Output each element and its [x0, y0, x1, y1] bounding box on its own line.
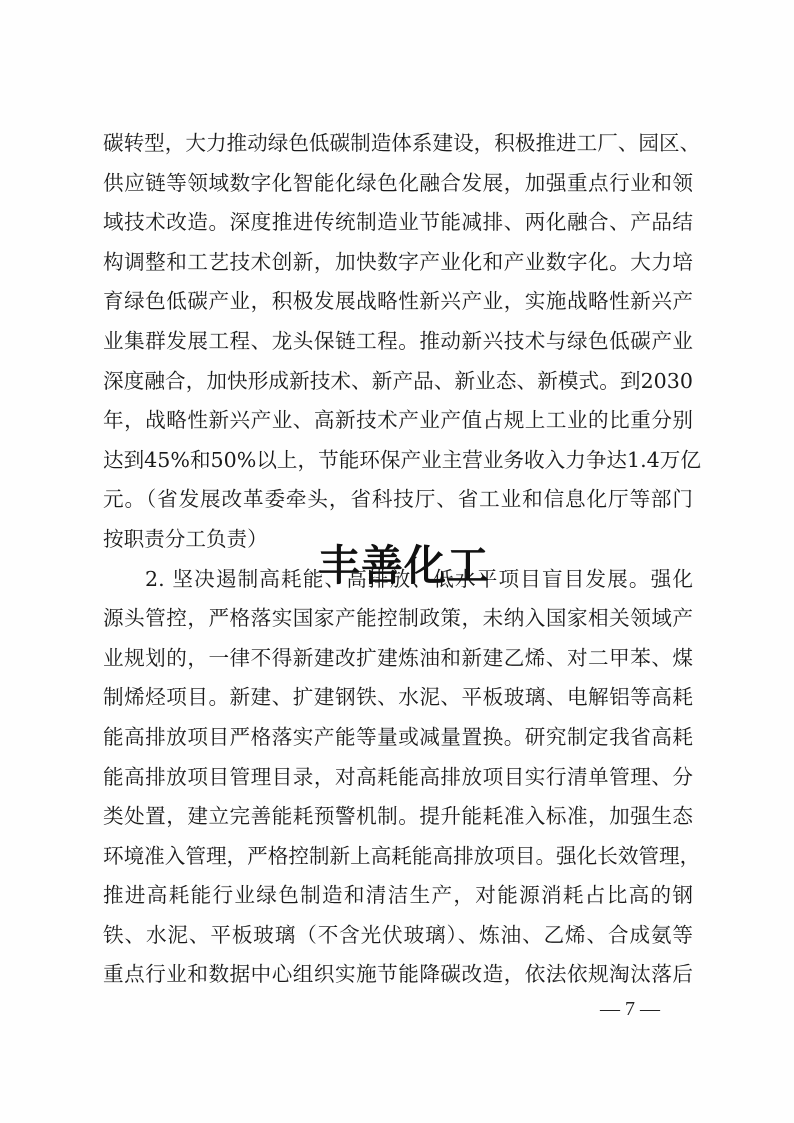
text-line: 环境准入管理，严格控制新上高耗能高排放项目。强化长效管理， — [103, 837, 693, 877]
text-line: 源头管控，严格落实国家产能控制政策，未纳入国家相关领域产 — [103, 599, 693, 639]
text-line: 年，战略性新兴产业、高新技术产业产值占规上工业的比重分别 — [103, 401, 693, 441]
watermark: 丰善化工 — [318, 533, 490, 593]
text-line: 业规划的，一律不得新建改扩建炼油和新建乙烯、对二甲苯、煤 — [103, 639, 693, 679]
text-line: 能高排放项目管理目录，对高耗能高排放项目实行清单管理、分 — [103, 758, 693, 798]
text-line: 碳转型，大力推动绿色低碳制造体系建设，积极推进工厂、园区、 — [103, 124, 693, 164]
text-line: 达到45%和50%以上，节能环保产业主营业务收入力争达1.4万亿 — [103, 441, 693, 481]
document-page: 碳转型，大力推动绿色低碳制造体系建设，积极推进工厂、园区、 供应链等领域数字化智… — [0, 0, 794, 1123]
text-line: 元。（省发展改革委牵头，省科技厅、省工业和信息化厅等部门 — [103, 480, 693, 520]
text-line: 构调整和工艺技术创新，加快数字产业化和产业数字化。大力培 — [103, 243, 693, 283]
text-line: 供应链等领域数字化智能化绿色化融合发展，加强重点行业和领 — [103, 164, 693, 204]
page-number: — 7 — — [600, 998, 660, 1021]
text-line: 域技术改造。深度推进传统制造业节能减排、两化融合、产品结 — [103, 203, 693, 243]
text-line: 铁、水泥、平板玻璃（不含光伏玻璃）、炼油、乙烯、合成氨等 — [103, 916, 693, 956]
text-line: 业集群发展工程、龙头保链工程。推动新兴技术与绿色低碳产业 — [103, 322, 693, 362]
text-line: 能高排放项目严格落实产能等量或减量置换。研究制定我省高耗 — [103, 718, 693, 758]
text-line: 育绿色低碳产业，积极发展战略性新兴产业，实施战略性新兴产 — [103, 282, 693, 322]
text-line: 深度融合，加快形成新技术、新产品、新业态、新模式。到2030 — [103, 362, 693, 402]
text-line: 制烯烃项目。新建、扩建钢铁、水泥、平板玻璃、电解铝等高耗 — [103, 678, 693, 718]
text-line: 重点行业和数据中心组织实施节能降碳改造，依法依规淘汰落后 — [103, 955, 693, 995]
text-line: 类处置，建立完善能耗预警机制。提升能耗准入标准，加强生态 — [103, 797, 693, 837]
text-line: 推进高耗能行业绿色制造和清洁生产，对能源消耗占比高的钢 — [103, 876, 693, 916]
